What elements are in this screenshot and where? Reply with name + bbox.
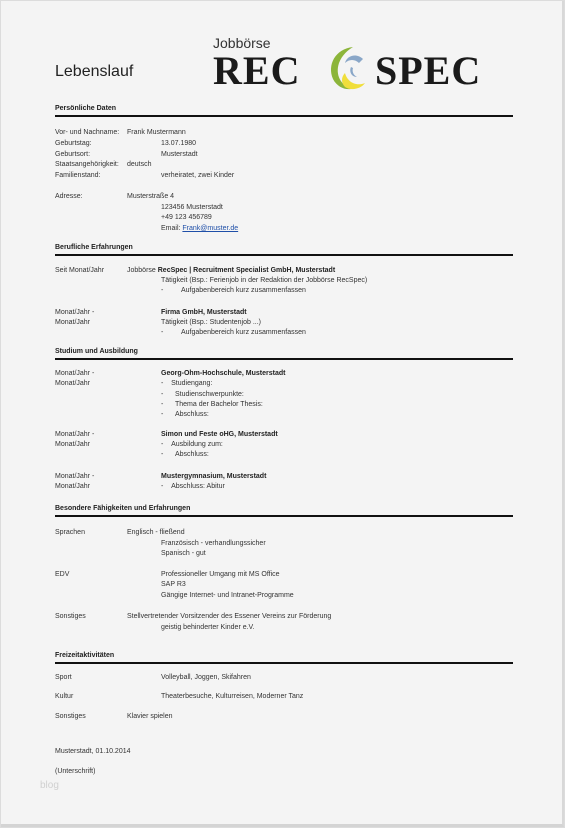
phone-value: +49 123 456789 bbox=[161, 213, 212, 222]
other-skills-item: geistig behinderter Kinder e.V. bbox=[161, 623, 255, 632]
address-label: Adresse: bbox=[55, 192, 83, 201]
nationality-value: deutsch bbox=[127, 160, 152, 169]
marital-value: verheiratet, zwei Kinder bbox=[161, 171, 234, 180]
section-heading-personal: Persönliche Daten bbox=[55, 105, 116, 112]
section-divider bbox=[55, 115, 513, 117]
language-item: Französisch - verhandlungssicher bbox=[161, 539, 266, 548]
section-heading-skills: Besondere Fähigkeiten und Erfahrungen bbox=[55, 505, 190, 512]
language-item: Spanisch - gut bbox=[161, 549, 206, 558]
education-date-end: Monat/Jahr bbox=[55, 379, 90, 388]
education-date-start: Monat/Jahr - bbox=[55, 430, 94, 439]
name-value: Frank Mustermann bbox=[127, 128, 186, 137]
education-date-end: Monat/Jahr bbox=[55, 482, 90, 491]
education-institution: Georg-Ohm-Hochschule, Musterstadt bbox=[161, 369, 285, 378]
it-label: EDV bbox=[55, 570, 69, 579]
other-skills-label: Sonstiges bbox=[55, 612, 86, 621]
birthplace-value: Musterstadt bbox=[161, 150, 198, 159]
experience-company: Jobbörse RecSpec | Recruitment Specialis… bbox=[127, 266, 335, 275]
watermark: blog bbox=[40, 780, 59, 791]
nationality-label: Staatsangehörigkeit: bbox=[55, 160, 119, 169]
education-institution: Simon und Feste oHG, Musterstadt bbox=[161, 430, 278, 439]
bullet-item: - Studienschwerpunkte: bbox=[161, 390, 244, 399]
marital-label: Familienstand: bbox=[55, 171, 101, 180]
education-institution: Mustergymnasium, Musterstadt bbox=[161, 472, 266, 481]
sport-value: Volleyball, Joggen, Skifahren bbox=[161, 673, 251, 682]
language-item: Englisch - fließend bbox=[127, 528, 185, 537]
it-item: SAP R3 bbox=[161, 580, 186, 589]
name-label: Vor- und Nachname: bbox=[55, 128, 119, 137]
birthplace-label: Geburtsort: bbox=[55, 150, 90, 159]
company-prefix: Jobbörse bbox=[127, 267, 158, 274]
education-date-start: Monat/Jahr - bbox=[55, 369, 94, 378]
experience-company: Firma GmbH, Musterstadt bbox=[161, 308, 247, 317]
birthday-label: Geburtstag: bbox=[55, 139, 92, 148]
address-city: 123456 Musterstadt bbox=[161, 203, 223, 212]
culture-label: Kultur bbox=[55, 692, 73, 701]
bullet-item: - Thema der Bachelor Thesis: bbox=[161, 400, 263, 409]
other-hobbies-label: Sonstiges bbox=[55, 712, 86, 721]
signature-placeholder: (Unterschrift) bbox=[55, 767, 95, 776]
section-heading-experience: Berufliche Erfahrungen bbox=[55, 244, 133, 251]
document-title: Lebenslauf bbox=[55, 63, 133, 81]
birthday-value: 13.07.1980 bbox=[161, 139, 196, 148]
culture-value: Theaterbesuche, Kulturreisen, Moderner T… bbox=[161, 692, 303, 701]
experience-date-start: Monat/Jahr - bbox=[55, 308, 94, 317]
email-link[interactable]: Frank@muster.de bbox=[182, 225, 238, 232]
cv-page: Lebenslauf Jobbörse REC SPEC Persönliche… bbox=[1, 1, 564, 827]
address-street: Musterstraße 4 bbox=[127, 192, 174, 201]
section-divider bbox=[55, 358, 513, 360]
bullet: - bbox=[161, 328, 163, 337]
experience-date-end: Monat/Jahr bbox=[55, 318, 90, 327]
experience-task: Aufgabenbereich kurz zusammenfassen bbox=[181, 328, 306, 337]
company-name: RecSpec | Recruitment Specialist GmbH, M… bbox=[158, 267, 335, 274]
experience-activity: Tätigkeit (Bsp.: Studentenjob ...) bbox=[161, 318, 261, 327]
experience-date-start: Seit Monat/Jahr bbox=[55, 266, 104, 275]
place-date: Musterstadt, 01.10.2014 bbox=[55, 747, 131, 756]
section-heading-education: Studium und Ausbildung bbox=[55, 348, 138, 355]
bullet-item: - Abschluss: Abitur bbox=[161, 482, 225, 491]
education-date-start: Monat/Jahr - bbox=[55, 472, 94, 481]
section-heading-hobbies: Freizeitaktivitäten bbox=[55, 652, 114, 659]
bullet-item: - Studiengang: bbox=[161, 379, 212, 388]
sport-label: Sport bbox=[55, 673, 72, 682]
experience-activity: Tätigkeit (Bsp.: Ferienjob in der Redakt… bbox=[161, 276, 367, 285]
languages-label: Sprachen bbox=[55, 528, 85, 537]
bullet-item: - Abschluss: bbox=[161, 450, 209, 459]
logo-right-word: SPEC bbox=[375, 51, 481, 91]
email-label: Email: bbox=[161, 225, 180, 232]
section-divider bbox=[55, 515, 513, 517]
email-row: Email: Frank@muster.de bbox=[161, 224, 238, 233]
bullet-item: - Abschluss: bbox=[161, 410, 209, 419]
logo-swirl-icon bbox=[323, 43, 373, 93]
section-divider bbox=[55, 254, 513, 256]
logo-left-word: REC bbox=[213, 51, 300, 91]
bullet-item: - Ausbildung zum: bbox=[161, 440, 223, 449]
it-item: Gängige Internet- und Intranet-Programme bbox=[161, 591, 294, 600]
section-divider bbox=[55, 662, 513, 664]
it-item: Professioneller Umgang mit MS Office bbox=[161, 570, 280, 579]
other-hobbies-value: Klavier spielen bbox=[127, 712, 173, 721]
education-date-end: Monat/Jahr bbox=[55, 440, 90, 449]
experience-task: Aufgabenbereich kurz zusammenfassen bbox=[181, 286, 306, 295]
bullet: - bbox=[161, 286, 163, 295]
other-skills-item: Stellvertretender Vorsitzender des Essen… bbox=[127, 612, 331, 621]
